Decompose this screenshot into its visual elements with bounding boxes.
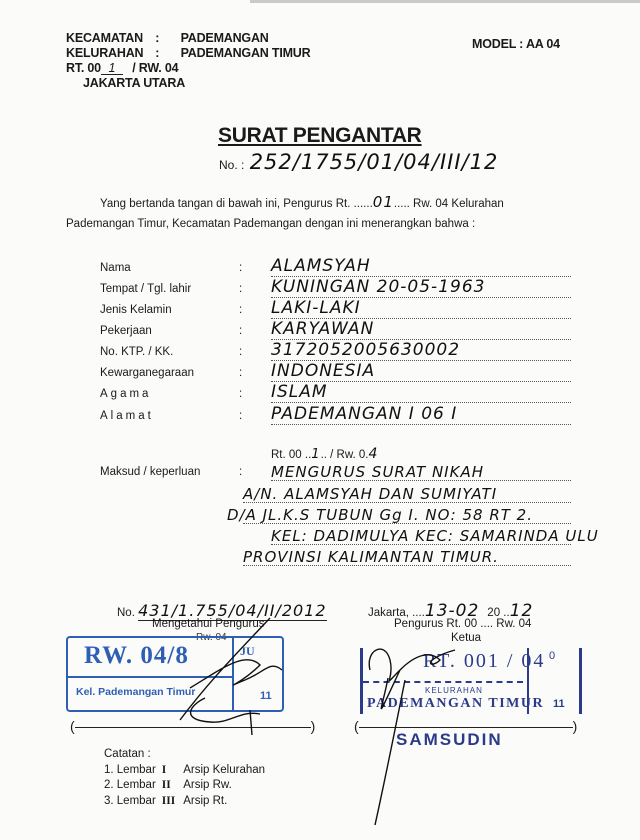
field-label: Kewarganegaraan bbox=[100, 367, 194, 379]
field-colon: : bbox=[239, 325, 242, 337]
field-label: No. KTP. / KK. bbox=[100, 346, 173, 358]
field-value-line: ALAMSYAH bbox=[271, 256, 571, 277]
field-value: PADEMANGAN I 06 I bbox=[271, 404, 457, 424]
rt-handwritten: 1 bbox=[101, 62, 123, 75]
field-value-line: LAKI-LAKI bbox=[271, 298, 571, 319]
rt-signature-icon bbox=[360, 630, 470, 830]
notes: Catatan : 1. Lembar I Arsip Kelurahan 2.… bbox=[104, 747, 271, 809]
purpose-line: D/A JL.K.S TUBUN Gg I. NO: 58 RT 2. bbox=[243, 505, 571, 524]
field-label: Jenis Kelamin bbox=[100, 304, 172, 316]
field-value-line: ISLAM bbox=[271, 382, 571, 403]
note-row: 3. Lembar III Arsip Rt. bbox=[104, 794, 271, 810]
purpose-label: Maksud / keperluan bbox=[100, 466, 200, 478]
intro-line-1: Yang bertanda tangan di bawah ini, Pengu… bbox=[100, 191, 504, 215]
intro-rt-value: 01 bbox=[373, 193, 394, 211]
purpose-line: MENGURUS SURAT NIKAH bbox=[271, 462, 571, 481]
letter-header: KECAMATAN : PADEMANGAN KELURAHAN : PADEM… bbox=[66, 31, 310, 91]
field-value-line: KARYAWAN bbox=[271, 319, 571, 340]
field-colon: : bbox=[239, 262, 242, 274]
rt-rw-row: RT. 001 / RW. 04 bbox=[66, 61, 310, 76]
kecamatan-row: KECAMATAN : PADEMANGAN bbox=[66, 31, 310, 46]
purpose-colon: : bbox=[239, 466, 242, 478]
field-value: INDONESIA bbox=[271, 361, 375, 381]
field-colon: : bbox=[239, 283, 242, 295]
field-label: Tempat / Tgl. lahir bbox=[100, 283, 191, 295]
rt-signer-title: Pengurus Rt. 00 .... Rw. 04 bbox=[394, 618, 531, 630]
purpose-line: PROVINSI KALIMANTAN TIMUR. bbox=[243, 547, 571, 566]
purpose-line: KEL: DADIMULYA KEC: SAMARINDA ULU bbox=[271, 526, 571, 545]
notes-title: Catatan : bbox=[104, 747, 271, 763]
field-value-line: KUNINGAN 20-05-1963 bbox=[271, 277, 571, 298]
purpose-line: A/N. ALAMSYAH DAN SUMIYATI bbox=[243, 484, 571, 503]
field-value: KUNINGAN 20-05-1963 bbox=[271, 277, 485, 297]
field-value: ALAMSYAH bbox=[271, 256, 371, 276]
field-value-line: PADEMANGAN I 06 I bbox=[271, 404, 571, 425]
note-row: 2. Lembar II Arsip Rw. bbox=[104, 778, 271, 794]
notes-table: 1. Lembar I Arsip Kelurahan 2. Lembar II… bbox=[104, 763, 271, 810]
field-label: Agama bbox=[100, 388, 151, 400]
note-row: 1. Lembar I Arsip Kelurahan bbox=[104, 763, 271, 779]
model-code: MODEL : AA 04 bbox=[472, 37, 560, 52]
field-value-line: 3172052005630002 bbox=[271, 340, 571, 361]
field-value: KARYAWAN bbox=[271, 319, 374, 339]
field-colon: : bbox=[239, 304, 242, 316]
field-colon: : bbox=[239, 410, 242, 422]
letter-number-value: 252/1755/01/04/III/12 bbox=[250, 150, 499, 174]
document-title: SURAT PENGANTAR bbox=[218, 124, 422, 148]
field-value-line: INDONESIA bbox=[271, 361, 571, 382]
letter-number: No. : 252/1755/01/04/III/12 bbox=[219, 150, 498, 174]
field-value: ISLAM bbox=[271, 382, 328, 402]
field-colon: : bbox=[239, 346, 242, 358]
city: JAKARTA UTARA bbox=[66, 76, 310, 91]
rw-signature-icon bbox=[150, 610, 300, 740]
intro-line-2: Pademangan Timur, Kecamatan Pademangan d… bbox=[66, 213, 475, 235]
kelurahan-row: KELURAHAN : PADEMANGAN TIMUR bbox=[66, 46, 310, 61]
field-colon: : bbox=[239, 388, 242, 400]
field-value: LAKI-LAKI bbox=[271, 298, 361, 318]
field-label: Pekerjaan bbox=[100, 325, 152, 337]
scan-edge bbox=[250, 0, 640, 3]
field-value: 3172052005630002 bbox=[271, 340, 460, 360]
address-rt-rw: Rt. 00 ..1.. / Rw. 0.4 bbox=[271, 446, 378, 462]
field-colon: : bbox=[239, 367, 242, 379]
field-label: Nama bbox=[100, 262, 131, 274]
field-label: Alamat bbox=[100, 410, 154, 422]
